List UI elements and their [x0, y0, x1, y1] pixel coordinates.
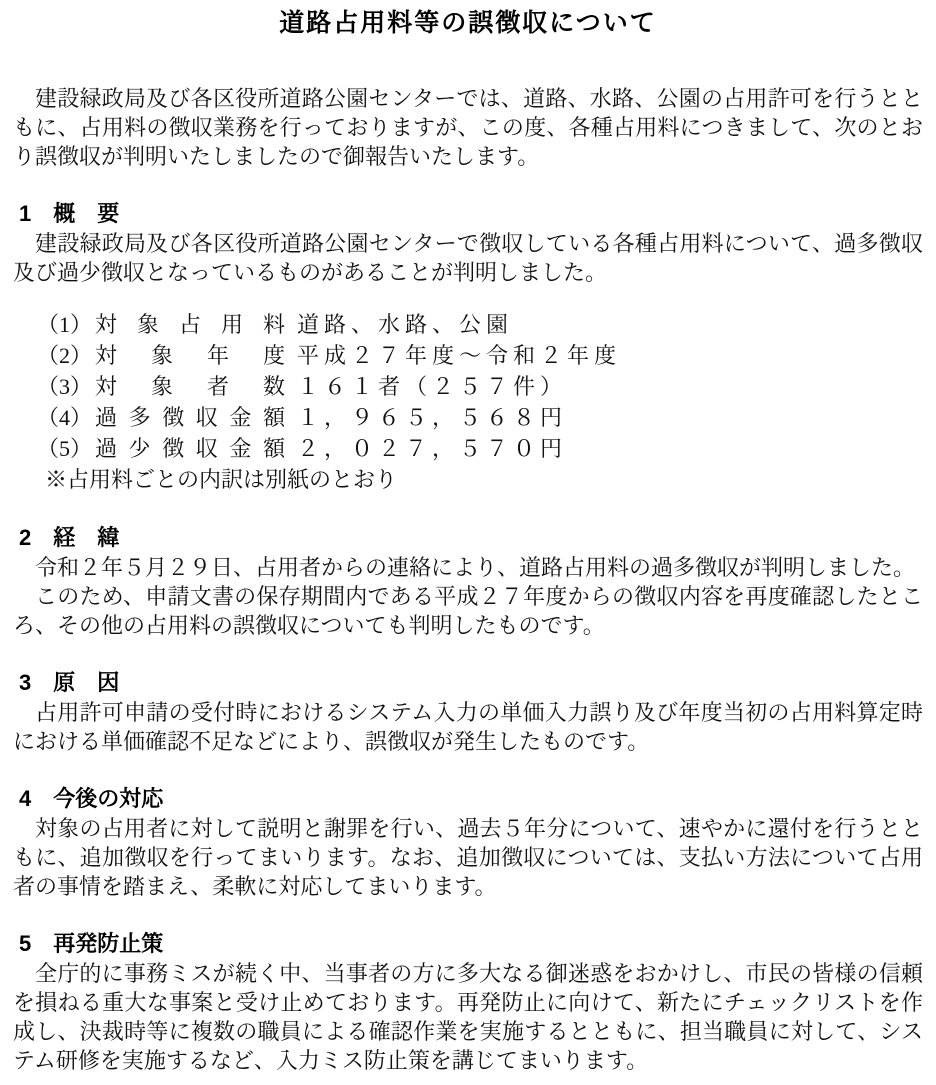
section-heading-background: 2経 緯: [13, 523, 923, 553]
section-number: 4: [19, 784, 31, 814]
item-label: 対象年度: [95, 340, 285, 371]
item-number: （1）: [37, 309, 95, 340]
section-number: 2: [19, 523, 31, 553]
document-page: 道路占用料等の誤徴収について 建設緑政局及び各区役所道路公園センターでは、道路、…: [0, 0, 936, 1085]
section-paragraph: 全庁的に事務ミスが続く中、当事者の方に多大なる御迷惑をおかけし、市民の皆様の信頼…: [13, 959, 923, 1075]
section-paragraph: 令和２年５月２９日、占用者からの連絡により、道路占用料の過多徴収が判明しました。: [13, 553, 923, 582]
list-item: （5） 過少徴収金額 ２，０２７，５７０円: [13, 433, 923, 464]
section-prevention: 5再発防止策 全庁的に事務ミスが続く中、当事者の方に多大なる御迷惑をおかけし、市…: [13, 929, 923, 1075]
section-background: 2経 緯 令和２年５月２９日、占用者からの連絡により、道路占用料の過多徴収が判明…: [13, 523, 923, 640]
section-title: 再発防止策: [53, 931, 163, 956]
section-paragraph: 占用許可申請の受付時におけるシステム入力の単価入力誤り及び年度当初の占用料算定時…: [13, 698, 923, 756]
item-value: 平成２７年度～令和２年度: [297, 340, 621, 371]
section-number: 3: [19, 668, 31, 698]
section-heading-future-response: 4今後の対応: [13, 784, 923, 814]
section-heading-cause: 3原 因: [13, 668, 923, 698]
section-title: 概 要: [53, 201, 119, 226]
section-paragraph: 建設緑政局及び各区役所道路公園センターで徴収している各種占用料について、過多徴収…: [13, 229, 923, 287]
section-heading-overview: 1概 要: [13, 199, 923, 229]
item-value: 道路、水路、公園: [297, 309, 513, 340]
section-title: 今後の対応: [53, 786, 163, 811]
list-item: （3） 対象者数 １６１者（２５７件）: [13, 371, 923, 402]
summary-list: （1） 対象占用料 道路、水路、公園 （2） 対象年度 平成２７年度～令和２年度…: [13, 309, 923, 495]
section-overview: 1概 要 建設緑政局及び各区役所道路公園センターで徴収している各種占用料について…: [13, 199, 923, 495]
item-number: （2）: [37, 340, 95, 371]
section-future-response: 4今後の対応 対象の占用者に対して説明と謝罪を行い、過去５年分について、速やかに…: [13, 784, 923, 901]
item-label: 過少徴収金額: [95, 433, 285, 464]
section-paragraph: 対象の占用者に対して説明と謝罪を行い、過去５年分について、速やかに還付を行うとと…: [13, 814, 923, 901]
item-value: １，９６５，５６８円: [297, 402, 567, 433]
item-value: １６１者（２５７件）: [297, 371, 567, 402]
item-number: （3）: [37, 371, 95, 402]
section-title: 原 因: [53, 670, 119, 695]
item-label: 対象者数: [95, 371, 285, 402]
item-value: ２，０２７，５７０円: [297, 433, 567, 464]
intro-paragraph: 建設緑政局及び各区役所道路公園センターでは、道路、水路、公園の占用許可を行うとと…: [13, 84, 923, 171]
item-number: （5）: [37, 433, 95, 464]
list-item: （2） 対象年度 平成２７年度～令和２年度: [13, 340, 923, 371]
list-item: （4） 過多徴収金額 １，９６５，５６８円: [13, 402, 923, 433]
section-paragraph: このため、申請文書の保存期間内である平成２７年度からの徴収内容を再度確認したとこ…: [13, 582, 923, 640]
section-number: 5: [19, 929, 31, 959]
section-cause: 3原 因 占用許可申請の受付時におけるシステム入力の単価入力誤り及び年度当初の占…: [13, 668, 923, 756]
item-number: （4）: [37, 402, 95, 433]
list-note: ※占用料ごとの内訳は別紙のとおり: [13, 464, 923, 495]
section-title: 経 緯: [53, 525, 119, 550]
section-heading-prevention: 5再発防止策: [13, 929, 923, 959]
page-title: 道路占用料等の誤徴収について: [13, 6, 923, 40]
item-label: 対象占用料: [95, 309, 285, 340]
item-label: 過多徴収金額: [95, 402, 285, 433]
section-number: 1: [19, 199, 31, 229]
list-item: （1） 対象占用料 道路、水路、公園: [13, 309, 923, 340]
